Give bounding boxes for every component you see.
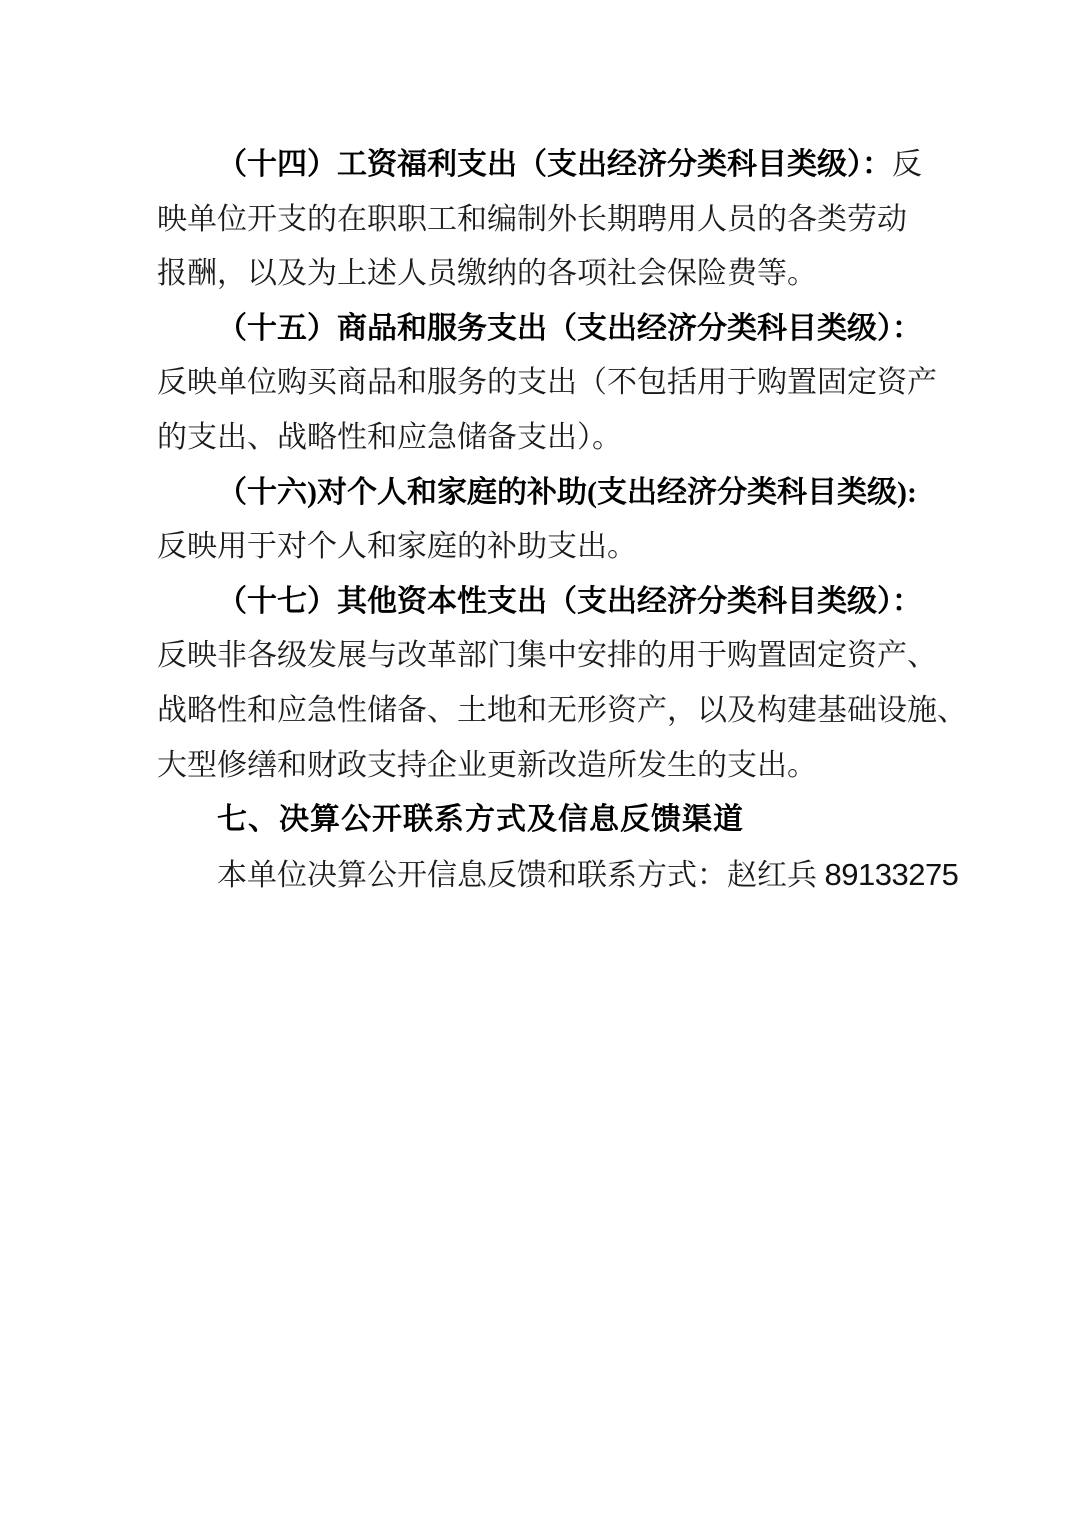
body-segment: 战略性和应急性储备、土地和无形资产，以及构建基础设施、 [157,694,967,727]
heading-segment: （十六)对个人和家庭的补助(支出经济分类科目类级): [217,476,917,509]
document-page: （十四）工资福利支出（支出经济分类科目类级）：反映单位开支的在职职工和编制外长期… [0,0,1074,1520]
document-text-line: 反映非各级发展与改革部门集中安排的用于购置固定资产、 [157,629,917,684]
document-text-line: （十七）其他资本性支出（支出经济分类科目类级）： [157,575,917,630]
number-segment: 89133275 [825,857,959,892]
document-text-line: 战略性和应急性储备、土地和无形资产，以及构建基础设施、 [157,684,917,739]
document-text-line: 报酬，以及为上述人员缴纳的各项社会保险费等。 [157,247,917,302]
document-text-line: 反映用于对个人和家庭的补助支出。 [157,520,917,575]
document-text-line: 的支出、战略性和应急储备支出）。 [157,411,917,466]
page-background: { "page": { "background": "#ffffff", "te… [0,0,1074,1520]
document-text-line: 映单位开支的在职职工和编制外长期聘用人员的各类劳动 [157,193,917,248]
document-text-line: （十六)对个人和家庭的补助(支出经济分类科目类级): [157,466,917,521]
heading-segment: （十四）工资福利支出（支出经济分类科目类级）： [217,148,892,181]
body-segment: 反映非各级发展与改革部门集中安排的用于购置固定资产、 [157,639,937,672]
document-text-line: （十五）商品和服务支出（支出经济分类科目类级）： [157,302,917,357]
body-segment: 反 [892,148,922,181]
body-segment: 大型修缮和财政支持企业更新改造所发生的支出。 [157,749,817,782]
section-heading-segment: 七、决算公开联系方式及信息反馈渠道 [217,803,744,836]
document-text-line: 七、决算公开联系方式及信息反馈渠道 [157,793,917,848]
document-text-block: （十四）工资福利支出（支出经济分类科目类级）：反映单位开支的在职职工和编制外长期… [157,138,917,902]
document-text-line: （十四）工资福利支出（支出经济分类科目类级）：反 [157,138,917,193]
heading-segment: （十五）商品和服务支出（支出经济分类科目类级）： [217,312,922,345]
document-text-line: 大型修缮和财政支持企业更新改造所发生的支出。 [157,739,917,794]
body-segment: 反映单位购买商品和服务的支出（不包括用于购置固定资产 [157,366,937,399]
document-text-line: 反映单位购买商品和服务的支出（不包括用于购置固定资产 [157,356,917,411]
body-segment: 报酬，以及为上述人员缴纳的各项社会保险费等。 [157,257,817,290]
body-text-segment: 本单位决算公开信息反馈和联系方式：赵红兵 [217,859,825,892]
body-segment: 的支出、战略性和应急储备支出）。 [157,421,622,454]
heading-segment: （十七）其他资本性支出（支出经济分类科目类级）： [217,585,922,618]
body-segment: 反映用于对个人和家庭的补助支出。 [157,530,637,563]
body-segment: 映单位开支的在职职工和编制外长期聘用人员的各类劳动 [157,203,907,236]
document-text-line: 本单位决算公开信息反馈和联系方式：赵红兵 89133275 [157,848,917,903]
